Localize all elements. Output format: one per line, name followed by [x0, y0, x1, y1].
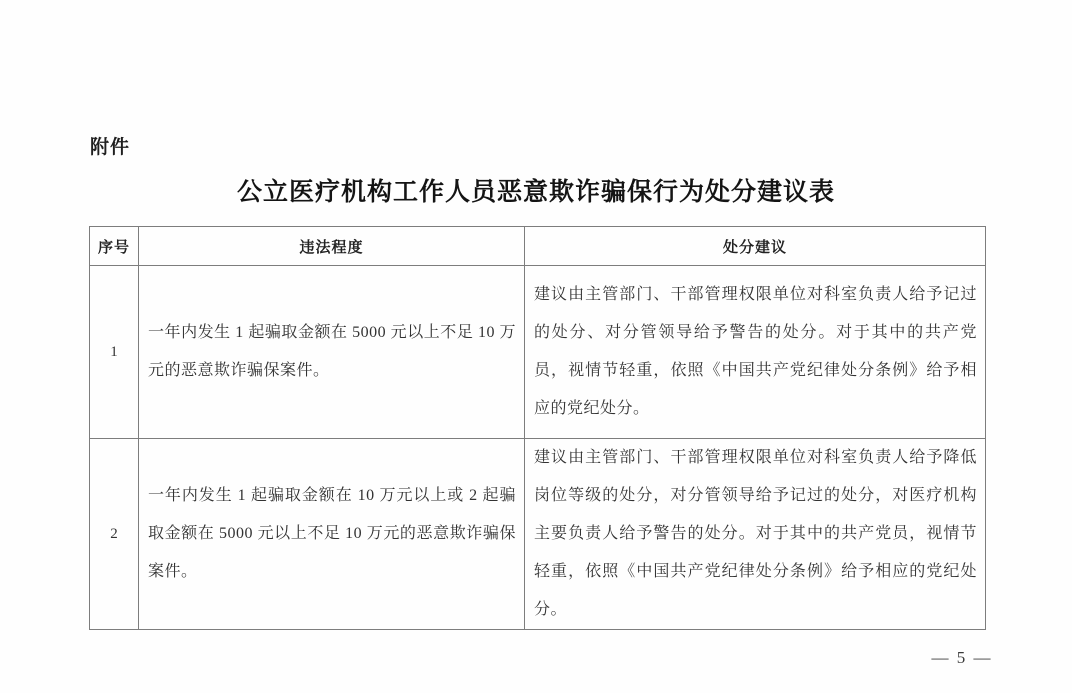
table-row: 2 一年内发生 1 起骗取金额在 10 万元以上或 2 起骗取金额在 5000 … [90, 439, 986, 630]
row-index: 2 [90, 439, 139, 630]
page-number: — 5 — [912, 648, 1012, 668]
violation-degree-cell: 一年内发生 1 起骗取金额在 10 万元以上或 2 起骗取金额在 5000 元以… [139, 439, 525, 630]
row-index: 1 [90, 266, 139, 439]
column-header-disciplinary-recommendation: 处分建议 [525, 227, 986, 266]
table-header-row: 序号 违法程度 处分建议 [90, 227, 986, 266]
column-header-violation-degree: 违法程度 [139, 227, 525, 266]
disciplinary-recommendation-cell: 建议由主管部门、干部管理权限单位对科室负责人给予记过的处分、对分管领导给予警告的… [525, 266, 986, 439]
disciplinary-recommendation-table: 序号 违法程度 处分建议 1 一年内发生 1 起骗取金额在 5000 元以上不足… [89, 226, 986, 630]
column-header-index: 序号 [90, 227, 139, 266]
violation-degree-cell: 一年内发生 1 起骗取金额在 5000 元以上不足 10 万元的恶意欺诈骗保案件… [139, 266, 525, 439]
attachment-label: 附件 [90, 132, 130, 159]
document-page: 附件 公立医疗机构工作人员恶意欺诈骗保行为处分建议表 序号 违法程度 处分建议 … [0, 0, 1072, 693]
disciplinary-recommendation-cell: 建议由主管部门、干部管理权限单位对科室负责人给予降低岗位等级的处分，对分管领导给… [525, 439, 986, 630]
table-row: 1 一年内发生 1 起骗取金额在 5000 元以上不足 10 万元的恶意欺诈骗保… [90, 266, 986, 439]
page-title: 公立医疗机构工作人员恶意欺诈骗保行为处分建议表 [0, 172, 1072, 208]
